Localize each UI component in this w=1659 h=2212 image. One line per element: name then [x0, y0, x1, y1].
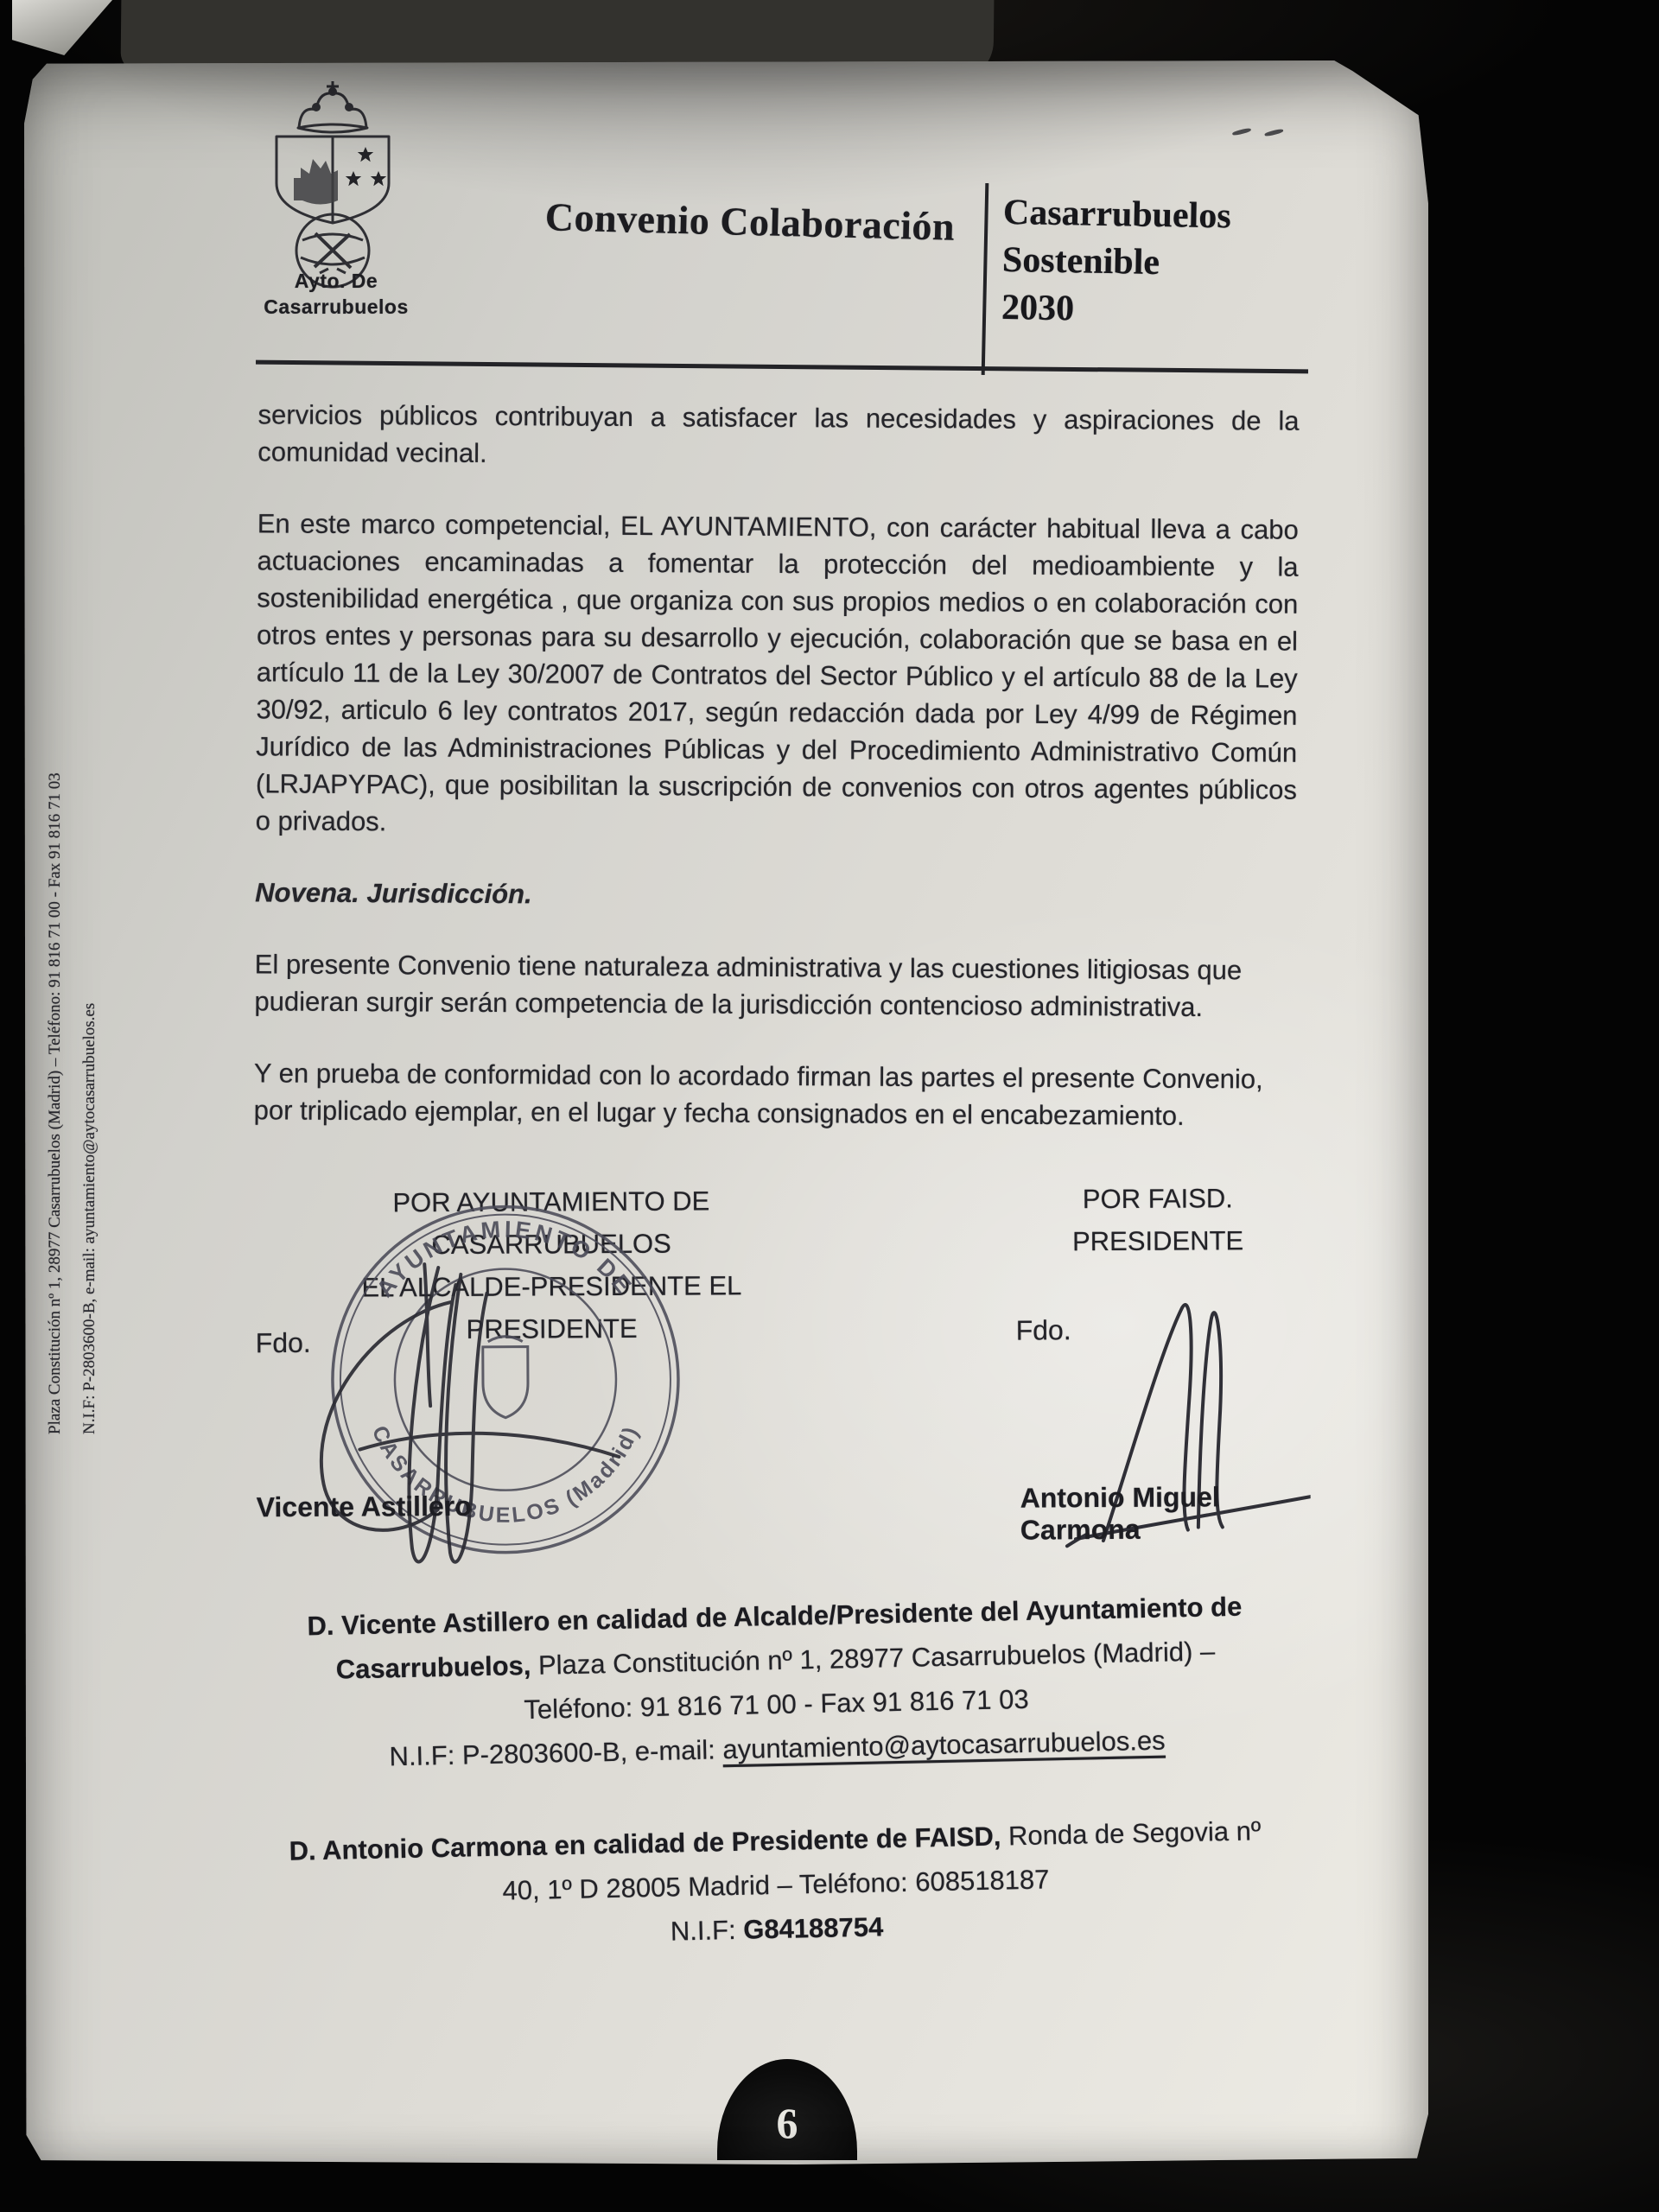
footer-antonio-addr: Ronda de Segovia nº: [1001, 1815, 1262, 1851]
header-rule: [256, 360, 1308, 374]
footer-antonio-intro: D. Antonio Carmona en calidad de Preside…: [289, 1821, 1001, 1866]
heading-novena: Novena. Jurisdicción.: [255, 874, 1296, 917]
footer-antonio-nif: G84188754: [743, 1911, 884, 1944]
svg-text:AYUNTAMIENTO DE: AYUNTAMIENTO DE: [371, 1215, 638, 1301]
program-line1: Casarrubuelos: [1003, 189, 1315, 242]
program-line3: 2030: [1001, 284, 1313, 337]
document-page: Ayto. De Casarrubuelos Convenio Colabora…: [24, 60, 1428, 2164]
footer-vicente-email: ayuntamiento@aytocasarrubuelos.es: [722, 1726, 1166, 1765]
footer-vicente: D. Vicente Astillero en calidad de Alcal…: [213, 1582, 1339, 1782]
paper-corner-sliver: [12, 0, 112, 55]
program-line2: Sostenible: [1002, 237, 1314, 289]
stamp-text-top: AYUNTAMIENTO DE: [371, 1215, 638, 1301]
ink-marks: [1232, 127, 1252, 136]
photo-background: { "header": { "coat_label1": "Ayto. De",…: [0, 0, 1659, 2212]
sidebar-address-line1: Plaza Constitución nº 1, 28977 Casarrubu…: [38, 743, 73, 1434]
program-title: Casarrubuelos Sostenible 2030: [1001, 189, 1315, 337]
org-label-line1: Ayto. De: [228, 268, 444, 294]
signer-name-left: Vicente Astillero: [257, 1491, 472, 1523]
paragraph-marco-competencial: En este marco competencial, EL AYUNTAMIE…: [256, 505, 1299, 845]
page-number-badge: 6: [717, 2059, 857, 2160]
paragraph-servicios: servicios públicos contribuyan a satisfa…: [257, 396, 1300, 476]
signer-name-right: Antonio Miguel Carmona: [1020, 1481, 1311, 1547]
paragraph-conformidad: Y en prueba de conformidad con lo acorda…: [254, 1054, 1296, 1135]
org-label-line2: Casarrubuelos: [228, 294, 444, 320]
page-number: 6: [777, 2098, 798, 2148]
footer-vicente-addr: Plaza Constitución nº 1, 28977 Casarrubu…: [531, 1636, 1215, 1681]
shield-stars: [346, 147, 386, 186]
sidebar-address: Plaza Constitución nº 1, 28977 Casarrubu…: [38, 743, 107, 1434]
footer-antonio-nif-prefix: N.I.F:: [671, 1915, 744, 1947]
document-title: Convenio Colaboración: [507, 193, 992, 251]
paragraph-naturaleza: El presente Convenio tiene naturaleza ad…: [254, 945, 1296, 1026]
footer-vicente-nif: N.I.F: P-2803600-B, e-mail:: [389, 1734, 723, 1771]
footer-antonio: D. Antonio Carmona en calidad de Preside…: [213, 1807, 1339, 1962]
castle-figure: [294, 159, 338, 205]
org-label: Ayto. De Casarrubuelos: [228, 268, 444, 320]
coat-of-arms-icon: [251, 79, 415, 291]
body-text: servicios públicos contribuyan a satisfa…: [253, 396, 1299, 1169]
signature-section: POR AYUNTAMIENTO DE CASARRUBUELOS EL ALC…: [255, 1177, 1311, 1597]
sidebar-address-line2: N.I.F: P-2803600-B, e-mail: ayuntamiento…: [73, 743, 107, 1434]
footer-vicente-city: Casarrubuelos,: [335, 1650, 531, 1685]
